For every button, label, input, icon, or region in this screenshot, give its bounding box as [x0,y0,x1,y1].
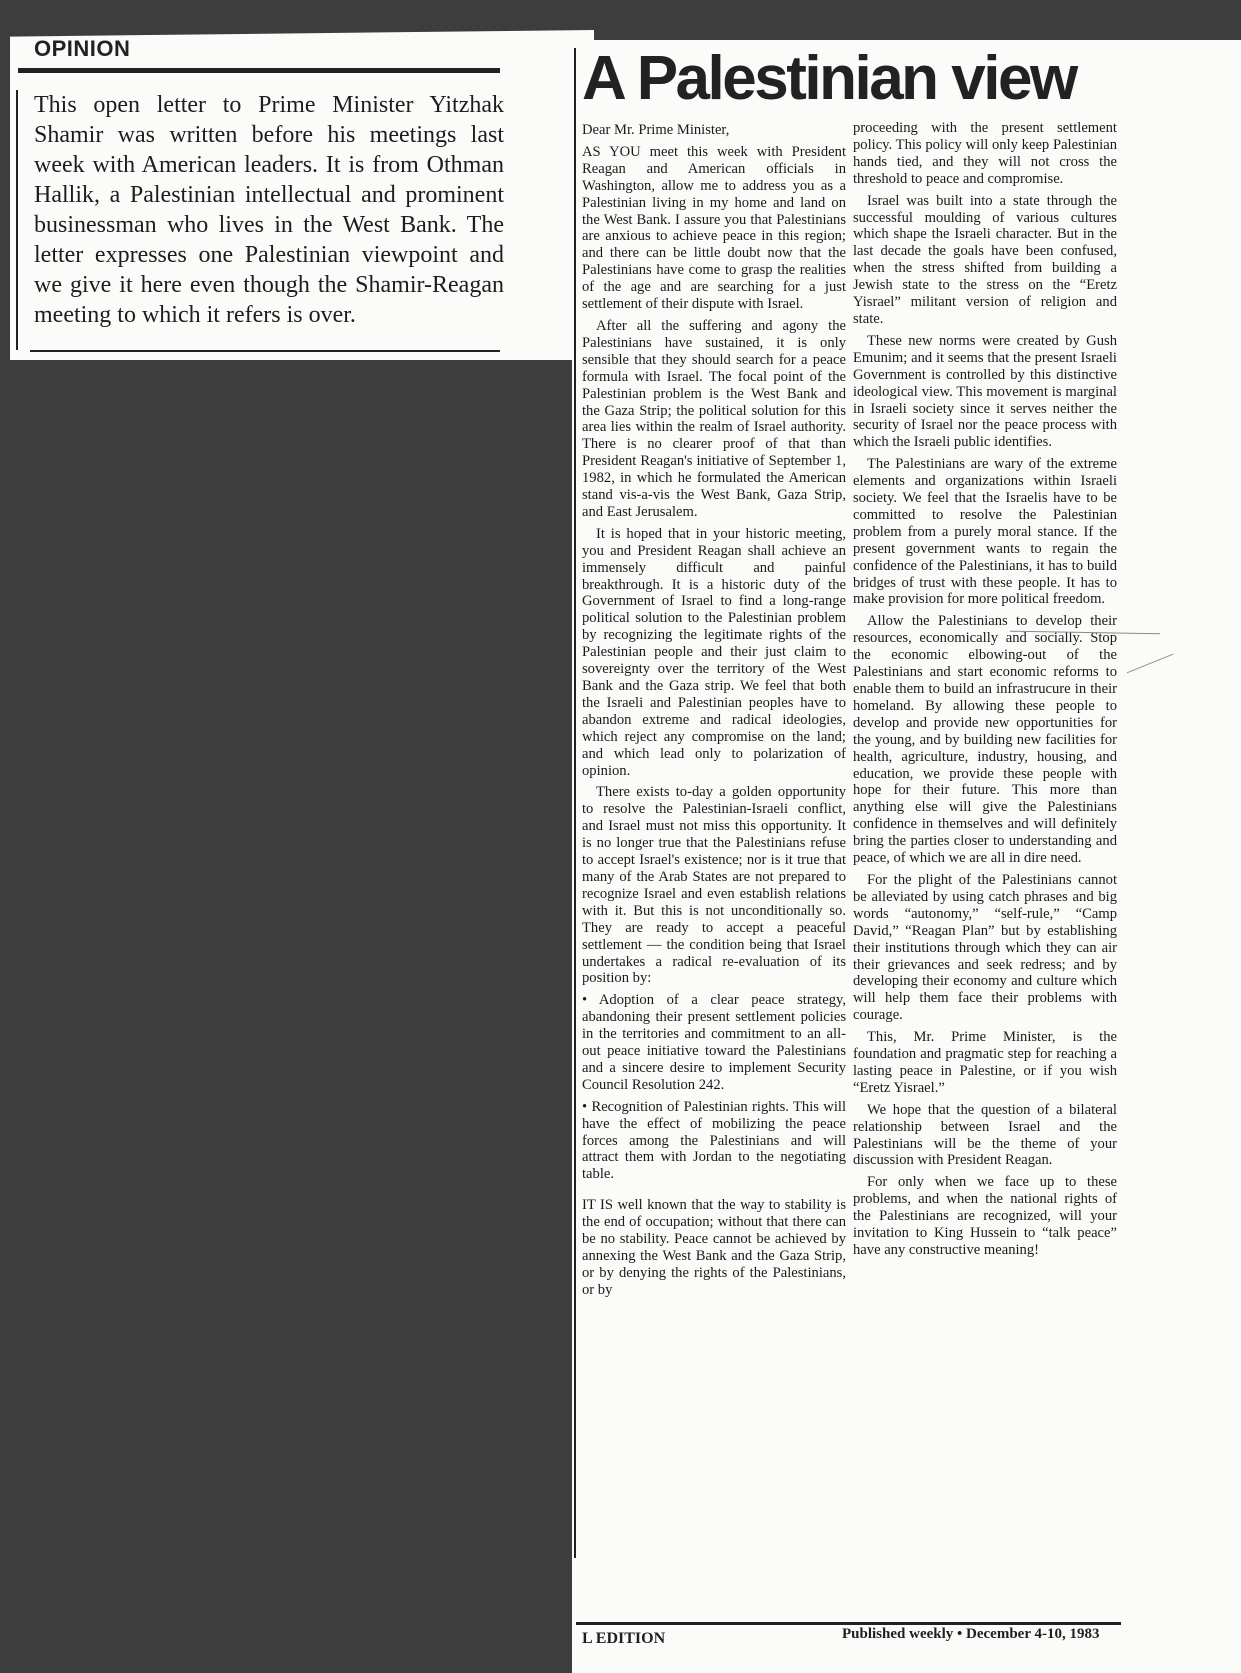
paragraph: proceeding with the present settlement p… [853,120,1117,188]
paragraph: Allow the Palestinians to develop their … [853,613,1117,867]
publication-info: Published weekly • December 4-10, 1983 [842,1626,1099,1643]
paragraph: There exists to-day a golden opportunity… [582,784,846,987]
paragraph: Israel was built into a state through th… [853,193,1117,328]
paragraph: This, Mr. Prime Minister, is the foundat… [853,1029,1117,1097]
paragraph: After all the suffering and agony the Pa… [582,318,846,521]
bullet-item: • Adoption of a clear peace strategy, ab… [582,992,846,1093]
section-rule [18,68,500,73]
paragraph: IT IS well known that the way to stabili… [582,1197,846,1298]
article-column-2: proceeding with the present settlement p… [853,120,1117,1264]
column-divider [574,48,576,1558]
paragraph: It is hoped that in your historic meetin… [582,526,846,780]
footer-rule [576,1622,1121,1625]
paragraph: For the plight of the Palestinians canno… [853,872,1117,1024]
scan-background [0,0,1241,36]
paragraph: The Palestinians are wary of the extreme… [853,456,1117,608]
article-column-1: Dear Mr. Prime Minister, AS YOU meet thi… [582,122,846,1304]
paragraph: AS YOU meet this week with President Rea… [582,144,846,313]
section-label: OPINION [34,36,130,62]
headline: A Palestinian view [582,44,1142,114]
bullet-item: • Recognition of Palestinian rights. Thi… [582,1099,846,1184]
paragraph: These new norms were created by Gush Emu… [853,333,1117,451]
scan-background [0,360,572,1673]
paragraph: We hope that the question of a bilateral… [853,1102,1117,1170]
edition-label: L EDITION [582,1630,665,1648]
paragraph: For only when we face up to these proble… [853,1174,1117,1259]
intro-box-border [16,90,18,350]
intro-text: This open letter to Prime Minister Yitzh… [34,90,504,330]
salutation: Dear Mr. Prime Minister, [582,122,846,139]
intro-bottom-rule [30,350,500,352]
